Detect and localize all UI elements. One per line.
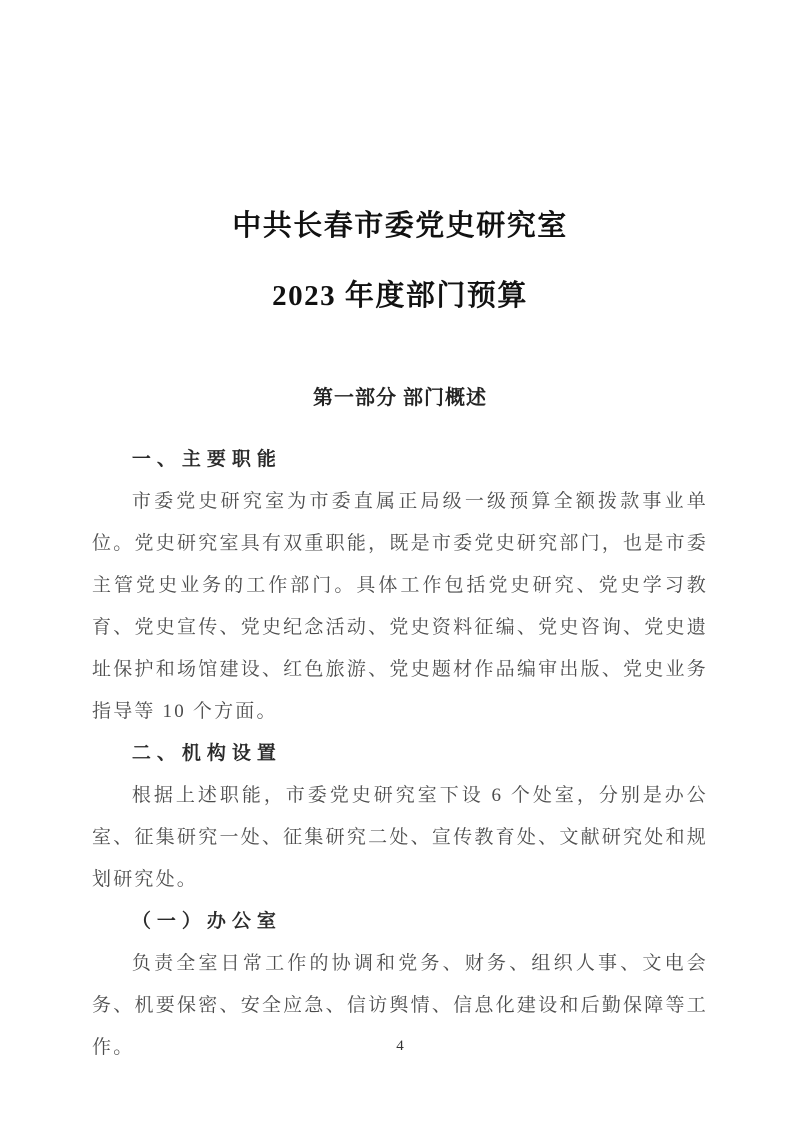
doc-title-line2: 2023 年度部门预算 <box>92 277 708 315</box>
document-body: 一、主要职能 市委党史研究室为市委直属正局级一级预算全额拨款事业单位。党史研究室… <box>92 439 708 1069</box>
section-3-heading: （一）办公室 <box>92 901 708 943</box>
section-1-paragraph: 市委党史研究室为市委直属正局级一级预算全额拨款事业单位。党史研究室具有双重职能，… <box>92 481 708 733</box>
doc-title-line1: 中共长春市委党史研究室 <box>92 207 708 245</box>
part-heading: 第一部分 部门概述 <box>92 385 708 411</box>
document-page: 中共长春市委党史研究室 2023 年度部门预算 第一部分 部门概述 一、主要职能… <box>0 0 800 1131</box>
document-content-area: 中共长春市委党史研究室 2023 年度部门预算 第一部分 部门概述 一、主要职能… <box>0 0 800 1069</box>
section-2-heading: 二、机构设置 <box>92 733 708 775</box>
section-2-paragraph: 根据上述职能，市委党史研究室下设 6 个处室，分别是办公室、征集研究一处、征集研… <box>92 775 708 901</box>
page-number: 4 <box>0 1036 800 1056</box>
section-1-heading: 一、主要职能 <box>92 439 708 481</box>
